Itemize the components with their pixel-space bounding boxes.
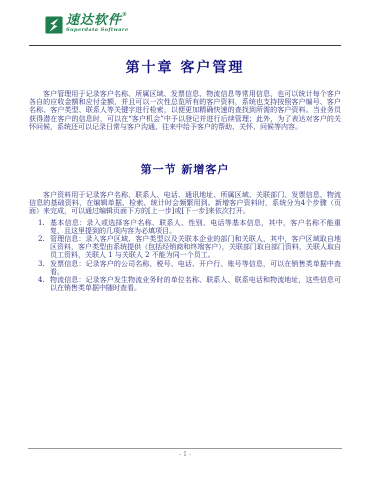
list-item: 3. 发票信息：记录客户的公司名称、税号、电话、开户行、账号等信息，可以在销售类… xyxy=(29,260,341,276)
intro-paragraph: 客户管理用于记录客户名称、所属区域、发票信息、物流信息等常用信息，也可以统计每个… xyxy=(29,90,341,131)
list-item: 4. 物流信息：记录客户发生物流业务时的单位名称、联系人、联系电话和物流地址，这… xyxy=(29,276,341,292)
list-item-number: 1. xyxy=(38,219,50,235)
header-divider xyxy=(29,45,341,46)
list-item-text: 基本信息：录入或选择客户名称、联系人、性别、电话等基本信息，其中，客户名称不能重… xyxy=(50,219,341,235)
logo-icon xyxy=(45,16,63,34)
list-item-number: 4. xyxy=(38,276,50,292)
list-item-number: 3. xyxy=(38,260,50,276)
page-number: - 1 - xyxy=(28,451,342,458)
section-paragraph: 客户资料用于记录客户名称、联系人、电话、通讯地址、所属区域、关联部门、发票信息、… xyxy=(29,191,341,216)
page-header: 速达软件® Superdata Software xyxy=(29,14,341,43)
list-item: 1. 基本信息：录入或选择客户名称、联系人、性别、电话等基本信息，其中，客户名称… xyxy=(29,219,341,235)
section-title: 第一节 新增客户 xyxy=(29,161,341,177)
brand-name-english: Superdata Software xyxy=(66,28,129,33)
registered-mark: ® xyxy=(122,12,128,18)
list-item-text: 管理信息：录入客户区域、客户类型以及关联本企业的部门和关联人，其中，客户区域取自… xyxy=(50,235,341,260)
brand-logo: 速达软件® Superdata Software xyxy=(45,14,341,34)
document-page: 速达软件® Superdata Software 第十章 客户管理 客户管理用于… xyxy=(0,0,370,480)
list-item: 2. 管理信息：录入客户区域、客户类型以及关联本企业的部门和关联人，其中，客户区… xyxy=(29,235,341,260)
page-footer: - 1 - xyxy=(28,448,342,458)
brand-name: 速达软件® xyxy=(66,14,129,27)
list-item-number: 2. xyxy=(38,235,50,260)
list-item-text: 物流信息：记录客户发生物流业务时的单位名称、联系人、联系电话和物流地址，这些信息… xyxy=(50,276,341,292)
list-item-text: 发票信息：记录客户的公司名称、税号、电话、开户行、账号等信息，可以在销售类单据中… xyxy=(50,260,341,276)
chapter-title: 第十章 客户管理 xyxy=(29,57,341,77)
steps-list: 1. 基本信息：录入或选择客户名称、联系人、性别、电话等基本信息，其中，客户名称… xyxy=(29,219,341,293)
brand-text-block: 速达软件® Superdata Software xyxy=(66,14,129,33)
